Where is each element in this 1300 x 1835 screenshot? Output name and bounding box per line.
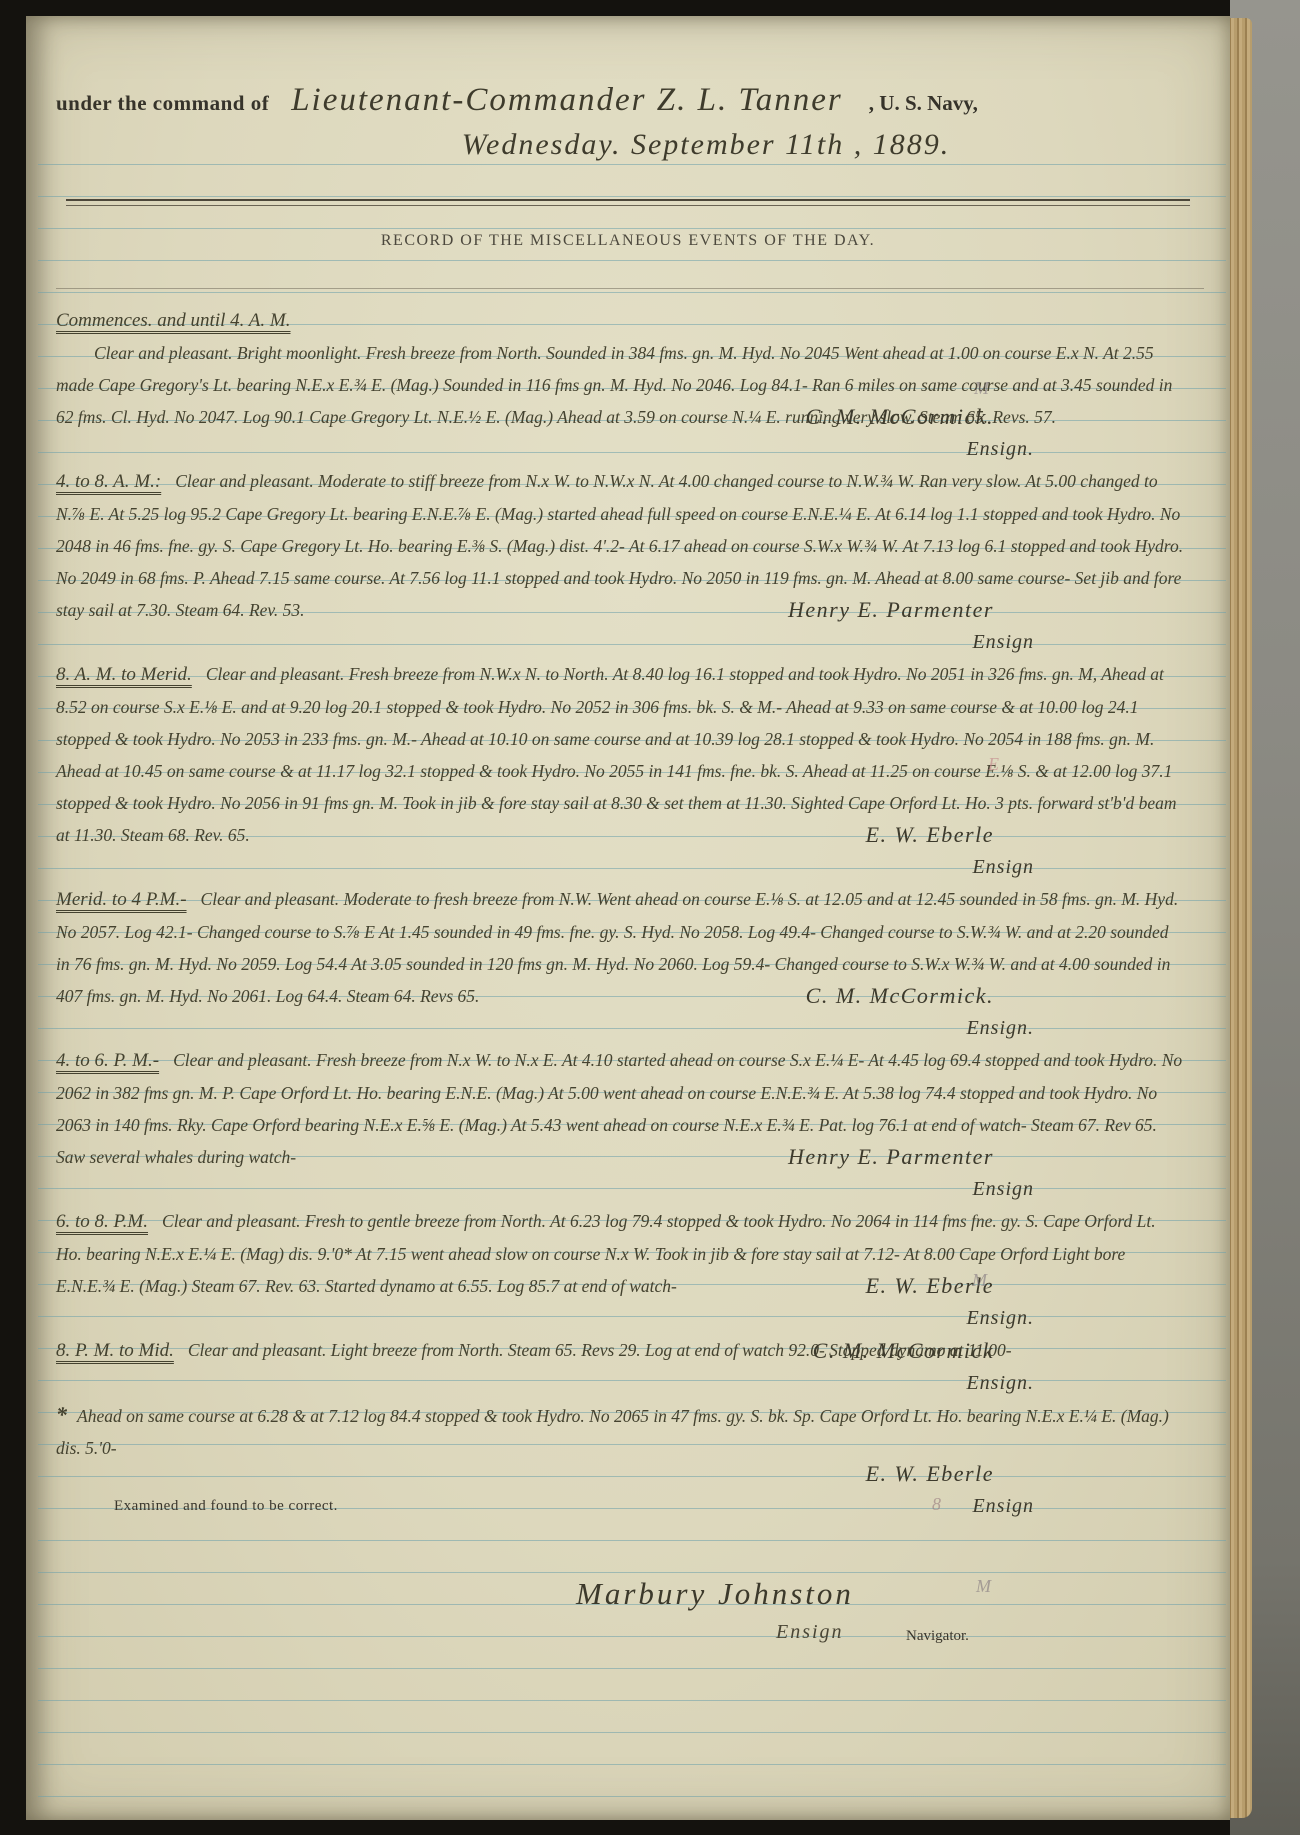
printed-rule-under-title [56, 288, 1204, 289]
navigator-printed-label: Navigator. [906, 1620, 969, 1652]
log-entry-commences: Commences. and until 4. A. M.Clear and p… [56, 304, 1184, 465]
navigator-rank-handwritten: Ensign [776, 1616, 844, 1648]
entry-body: Clear and pleasant. Fresh breeze from N.… [56, 664, 1177, 845]
margin-pencil-mark: M [972, 1270, 987, 1291]
margin-pencil-mark: E [988, 754, 999, 775]
entry-heading: Commences. and until 4. A. M. [56, 305, 291, 337]
navigator-signature-block: Marbury Johnston Ensign Navigator. [56, 1564, 1184, 1664]
printed-navy-suffix: , U. S. Navy, [869, 91, 978, 115]
log-entry-meridian-to-4pm: Merid. to 4 P.M.-Clear and pleasant. Mod… [56, 883, 1184, 1044]
log-entry-8pm-to-midnight: 8. P. M. to Mid.Clear and pleasant. Ligh… [56, 1334, 1184, 1399]
entry-heading: 8. P. M. to Mid. [56, 1340, 174, 1361]
commander-name-handwritten: Lieutenant-Commander Z. L. Tanner [291, 82, 843, 118]
entry-heading: 4. to 8. A. M.: [56, 471, 161, 492]
asterisk-footnote-marker: * [56, 1402, 67, 1427]
entry-heading: Merid. to 4 P.M.- [56, 889, 187, 910]
watch-officer-rank: Ensign. [56, 433, 1184, 465]
watch-officer-rank: Ensign [56, 626, 1184, 658]
watch-officer-signature: E. W. Eberle [664, 1458, 1184, 1490]
watch-officer-rank: Ensign. [56, 1012, 1184, 1044]
date-line-handwritten: Wednesday. September 11th , 1889. [356, 128, 1056, 162]
photograph-of-logbook-page: { "header": { "printed_prefix": "under t… [0, 0, 1300, 1835]
footnote-body: Ahead on same course at 6.28 & at 7.12 l… [56, 1406, 1169, 1458]
margin-pencil-mark: M [976, 1576, 991, 1597]
watch-officer-rank: Ensign [56, 1173, 1184, 1205]
log-entry-8am-to-meridian: 8. A. M. to Merid.Clear and pleasant. Fr… [56, 658, 1184, 883]
watch-officer-rank: Ensign [56, 851, 1184, 883]
navigator-signature: Marbury Johnston [576, 1578, 854, 1610]
examined-printed-note: Examined and found to be correct. [114, 1490, 338, 1522]
command-header: under the command ofLieutenant-Commander… [56, 82, 1206, 119]
section-title: RECORD OF THE MISCELLANEOUS EVENTS OF TH… [26, 232, 1230, 250]
margin-pencil-mark: 8 [932, 1494, 941, 1515]
log-entries: Commences. and until 4. A. M.Clear and p… [56, 304, 1184, 1664]
log-entry-6-to-8-pm: 6. to 8. P.M.Clear and pleasant. Fresh t… [56, 1205, 1184, 1334]
entry-heading: 4. to 6. P. M.- [56, 1050, 159, 1071]
watch-officer-rank: Ensign. [56, 1302, 1184, 1334]
log-entry-4-to-6-pm: 4. to 6. P. M.-Clear and pleasant. Fresh… [56, 1044, 1184, 1205]
watch-officer-rank: Ensign [664, 1490, 1184, 1522]
printed-command-prefix: under the command of [56, 91, 269, 115]
margin-pencil-mark: M [974, 378, 989, 399]
entry-heading: 8. A. M. to Merid. [56, 664, 192, 685]
entry-heading: 6. to 8. P.M. [56, 1211, 148, 1232]
log-entry-4-to-8-am: 4. to 8. A. M.:Clear and pleasant. Moder… [56, 465, 1184, 658]
entry-body: Clear and pleasant. Bright moonlight. Fr… [56, 337, 1184, 433]
printed-rule-top-thin [66, 205, 1190, 206]
printed-rule-top [66, 199, 1190, 201]
logbook-page: under the command ofLieutenant-Commander… [26, 16, 1230, 1820]
watch-officer-rank: Ensign. [56, 1367, 1184, 1399]
footnote-entry: *Ahead on same course at 6.28 & at 7.12 … [56, 1399, 1184, 1560]
